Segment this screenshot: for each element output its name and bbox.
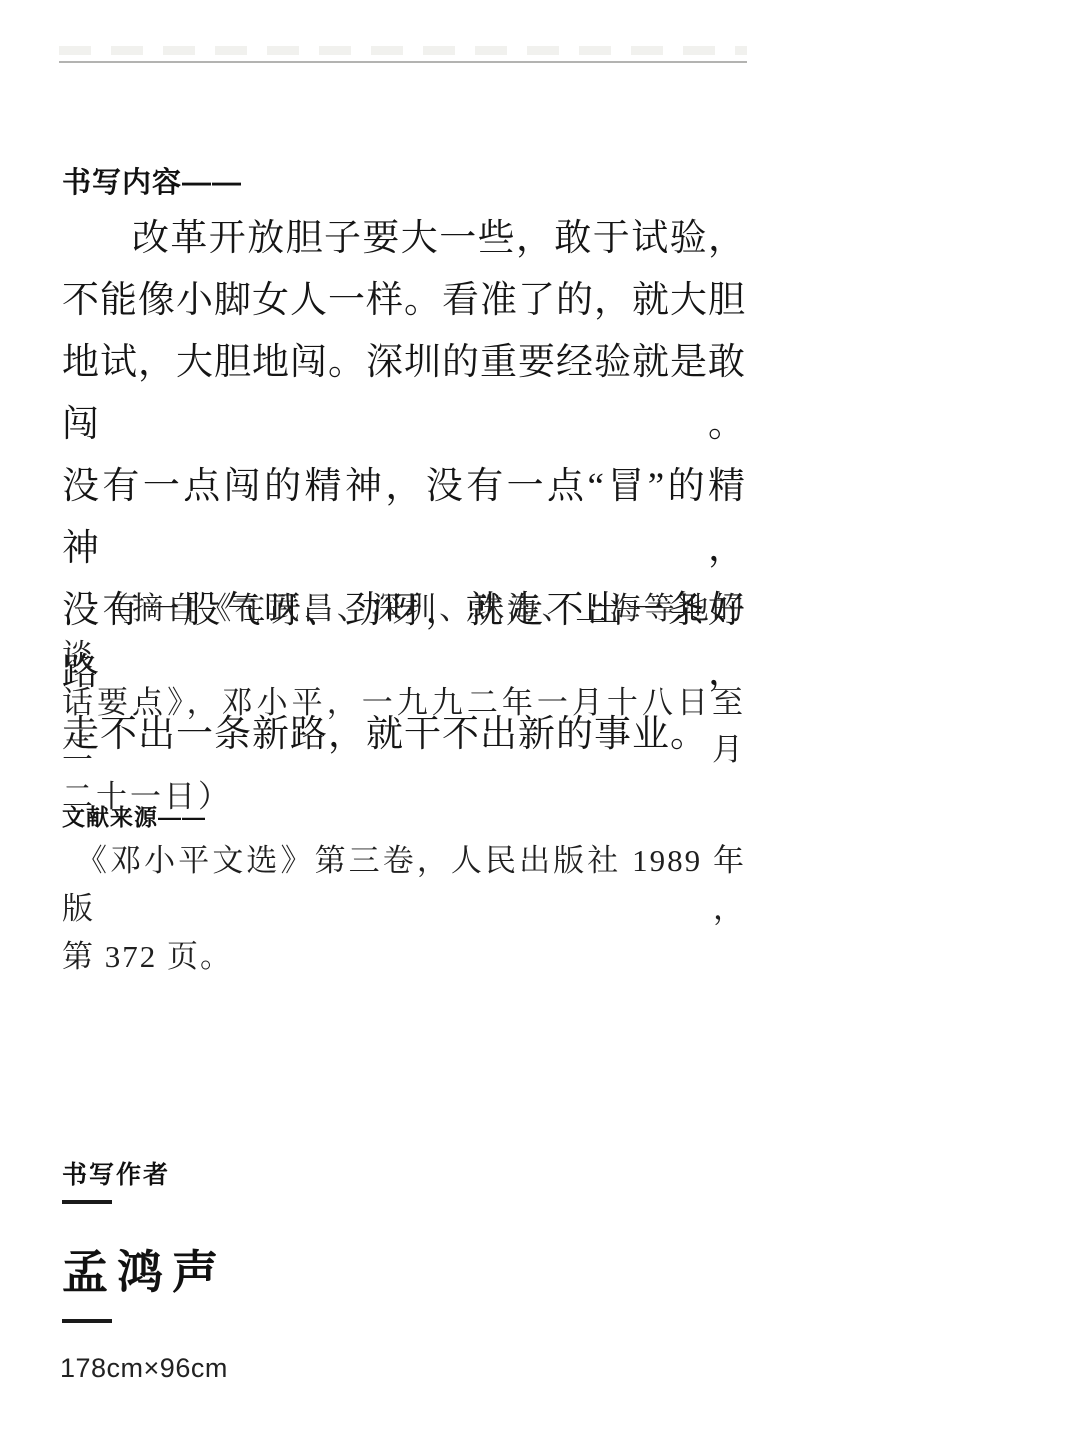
author-divider-dash: [62, 1200, 112, 1204]
author-section-heading: 书写作者: [62, 1155, 170, 1191]
quote-line: 地试，大胆地闯。深圳的重要经验就是敢闯。: [62, 332, 746, 456]
faint-remnant-dashes: [59, 46, 747, 55]
citation-text-block: （摘自《在武昌、深圳、珠海、上海等地的谈 话要点》，邓小平，一九九二年一月十八日…: [62, 585, 746, 820]
citation-line: 话要点》，邓小平，一九九二年一月十八日至二月: [62, 679, 746, 773]
artwork-dimensions: 178cm×96cm: [60, 1353, 228, 1384]
source-line: 《邓小平文选》第三卷，人民出版社 1989 年版，: [62, 837, 746, 933]
quote-line: 没有一点闯的精神，没有一点“冒”的精神，: [62, 456, 746, 580]
article-page: 书写内容—— 改革开放胆子要大一些，敢于试验， 不能像小脚女人一样。看准了的，就…: [0, 0, 1080, 1439]
source-section-heading: 文献来源——: [62, 799, 206, 832]
top-divider-rule: [59, 61, 747, 63]
author-name: 孟鸿声: [62, 1236, 227, 1302]
source-text-block: 《邓小平文选》第三卷，人民出版社 1989 年版， 第 372 页。: [62, 837, 746, 981]
dimensions-divider-dash: [62, 1319, 112, 1323]
citation-line: （摘自《在武昌、深圳、珠海、上海等地的谈: [62, 585, 746, 679]
content-section-heading: 书写内容——: [62, 160, 242, 201]
quote-line: 改革开放胆子要大一些，敢于试验，: [62, 208, 746, 270]
source-line: 第 372 页。: [62, 933, 746, 981]
quote-line: 不能像小脚女人一样。看准了的，就大胆: [62, 270, 746, 332]
